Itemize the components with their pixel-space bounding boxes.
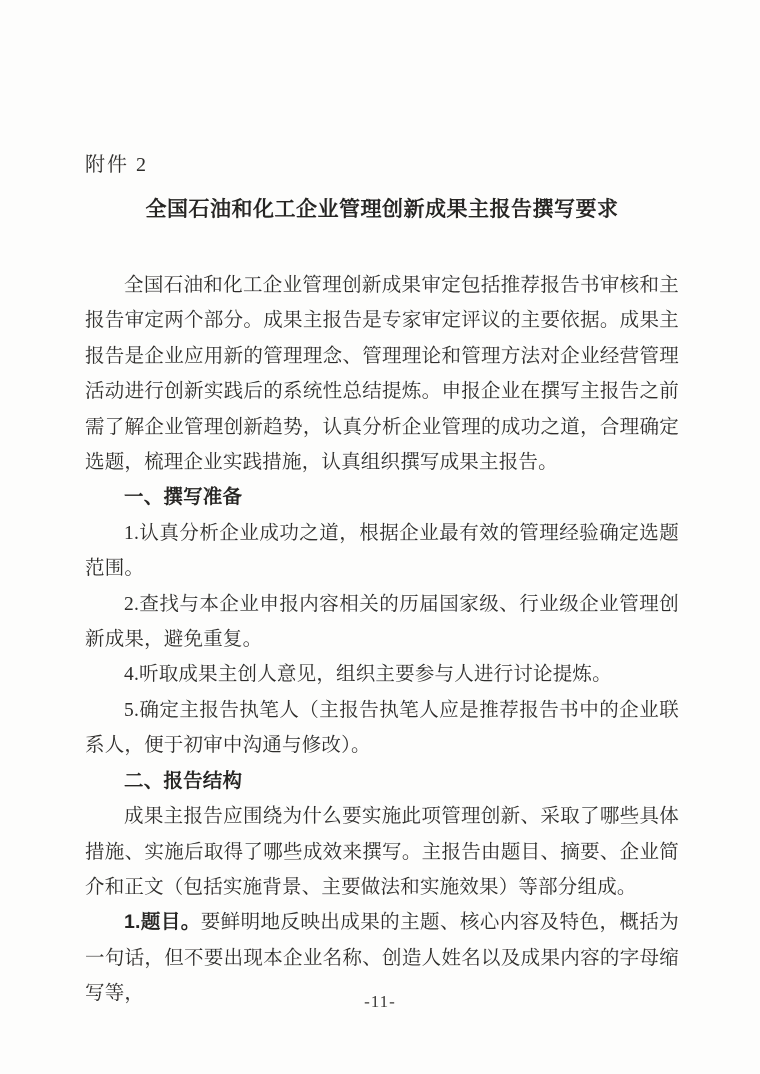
section-heading-2: 二、报告结构 (85, 764, 679, 799)
attachment-label: 附件 2 (85, 150, 679, 180)
page-number: -11- (0, 992, 760, 1012)
section-heading-1: 一、撰写准备 (85, 480, 679, 515)
document-content: 附件 2 全国石油和化工企业管理创新成果主报告撰写要求 全国石油和化工企业管理创… (85, 150, 679, 1012)
list-item: 4.听取成果主创人意见，组织主要参与人进行讨论提炼。 (85, 657, 679, 692)
list-item: 2.查找与本企业申报内容相关的历届国家级、行业级企业管理创新成果，避免重复。 (85, 587, 679, 658)
section2-intro-paragraph: 成果主报告应围绕为什么要实施此项管理创新、采取了哪些具体措施、实施后取得了哪些成… (85, 799, 679, 905)
list-item: 5.确定主报告执笔人（主报告执笔人应是推荐报告书中的企业联系人，便于初审中沟通与… (85, 693, 679, 764)
document-page: 附件 2 全国石油和化工企业管理创新成果主报告撰写要求 全国石油和化工企业管理创… (0, 0, 760, 1074)
topic-lead-label: 1.题目。 (124, 911, 201, 933)
document-title: 全国石油和化工企业管理创新成果主报告撰写要求 (85, 194, 679, 226)
list-item: 1.认真分析企业成功之道，根据企业最有效的管理经验确定选题范围。 (85, 516, 679, 587)
document-body: 全国石油和化工企业管理创新成果审定包括推荐报告书审核和主报告审定两个部分。成果主… (85, 268, 679, 1012)
intro-paragraph: 全国石油和化工企业管理创新成果审定包括推荐报告书审核和主报告审定两个部分。成果主… (85, 268, 679, 480)
